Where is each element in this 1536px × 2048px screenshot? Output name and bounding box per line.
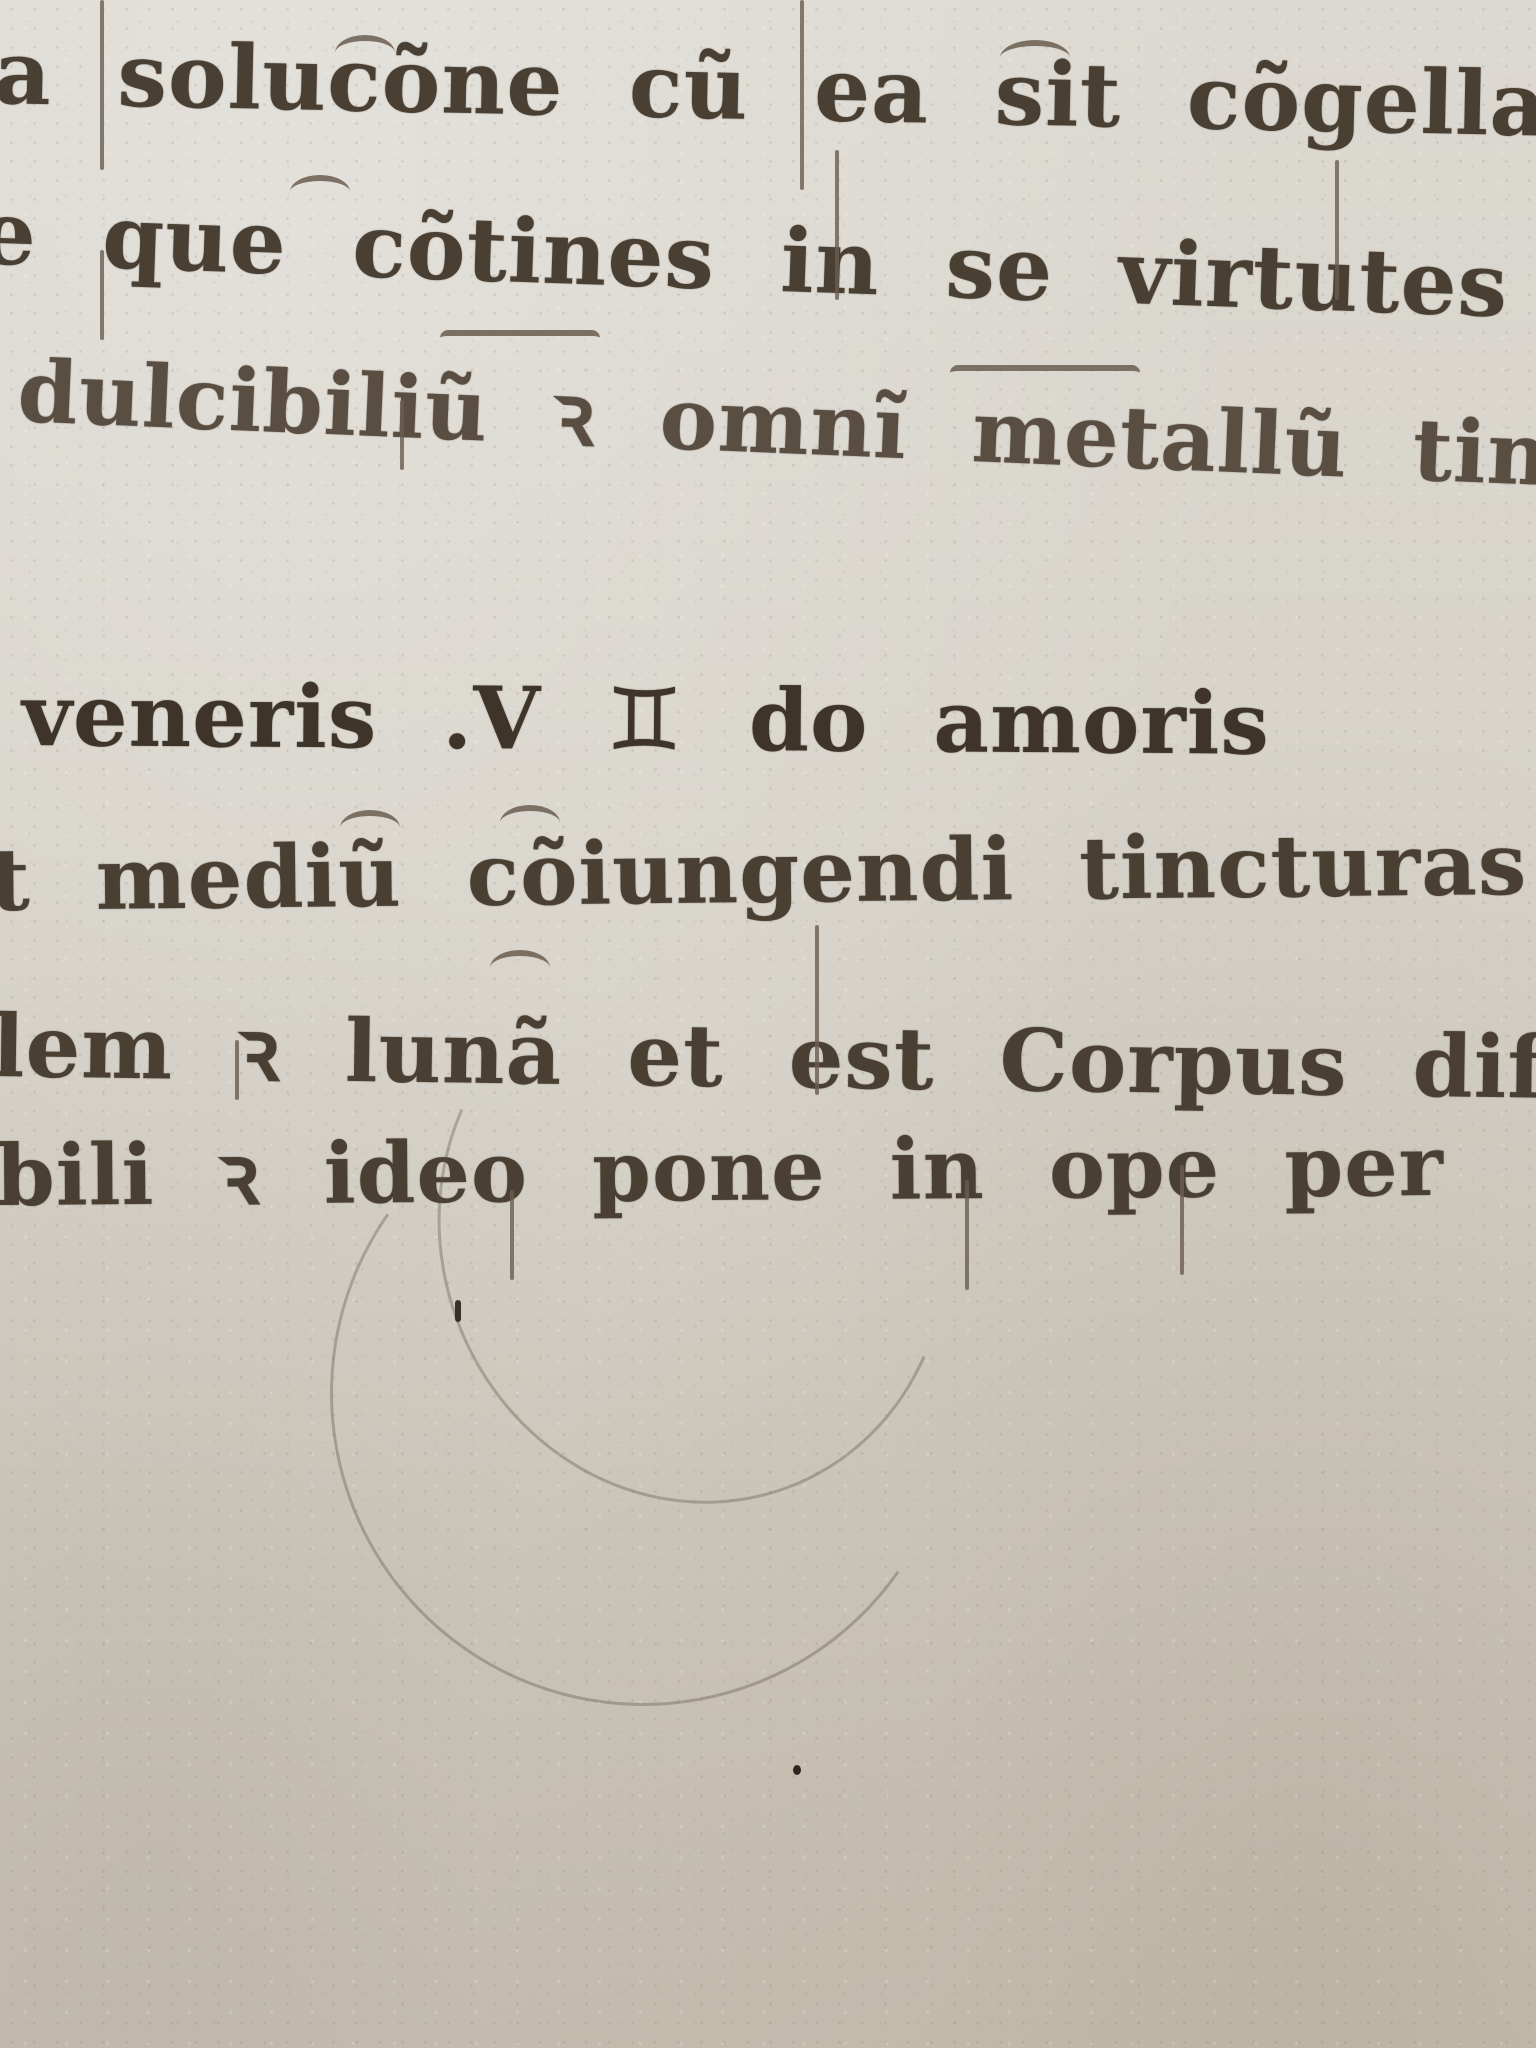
word: solucõne — [117, 23, 565, 136]
word: bili — [0, 1125, 155, 1225]
word: ope — [1049, 1117, 1221, 1217]
word: cõtines — [351, 193, 717, 310]
word: per — [1284, 1116, 1444, 1216]
ink-dot — [455, 1300, 461, 1322]
ink-dot — [793, 1765, 801, 1775]
long-s-stroke — [100, 250, 104, 340]
descender-stroke — [235, 1040, 239, 1100]
abbreviation-mark — [950, 365, 1140, 389]
abbreviation-mark — [335, 35, 395, 71]
long-s-stroke — [100, 0, 104, 170]
abbreviation-mark — [1000, 40, 1070, 76]
word: ea — [813, 37, 930, 143]
abbreviation-mark — [290, 175, 350, 209]
word: Corpus — [999, 1010, 1349, 1116]
word: veneris — [22, 665, 378, 768]
word: que — [101, 184, 289, 294]
descender-stroke — [965, 1180, 969, 1290]
word: virtutes — [1117, 220, 1510, 338]
manuscript-line-4: veneris .V ♊ do amoris — [22, 665, 1305, 775]
manuscript-page: a solucõne cũ ea sit cõgellatione e que … — [0, 0, 1536, 2048]
abbreviation-mark — [440, 330, 600, 352]
word: se — [944, 214, 1055, 322]
word: .V — [442, 668, 541, 770]
word: cũ — [628, 33, 750, 139]
abbreviation-mark — [500, 805, 560, 841]
word: cõgellatione — [1186, 45, 1536, 162]
long-s-stroke — [835, 150, 839, 300]
word: e — [0, 180, 39, 286]
descender-stroke — [400, 400, 404, 470]
abbreviation-mark — [340, 810, 400, 846]
word: t — [0, 830, 31, 931]
word: do — [749, 670, 869, 772]
word: ꝛ — [218, 1113, 260, 1228]
word: ꝛ — [238, 988, 281, 1106]
word: ting — [1411, 400, 1536, 509]
ascender-stroke — [1335, 160, 1339, 300]
word: lem — [0, 996, 174, 1100]
gemini-zodiac-icon: ♊ — [606, 670, 685, 771]
word: tincturas — [1079, 814, 1528, 920]
word: ꝛ — [551, 352, 598, 471]
long-s-stroke — [800, 0, 804, 190]
word: a — [0, 20, 53, 125]
word: amoris — [933, 671, 1270, 774]
word: dulcibiliũ — [16, 341, 491, 462]
descender-stroke — [1180, 1165, 1184, 1275]
word: omnĩ — [658, 368, 910, 479]
word: in — [779, 208, 882, 315]
abbreviation-mark — [490, 950, 550, 986]
word: metallũ — [970, 381, 1350, 498]
manuscript-line-5: t mediũ cõiungendi tincturas — [0, 814, 1536, 931]
